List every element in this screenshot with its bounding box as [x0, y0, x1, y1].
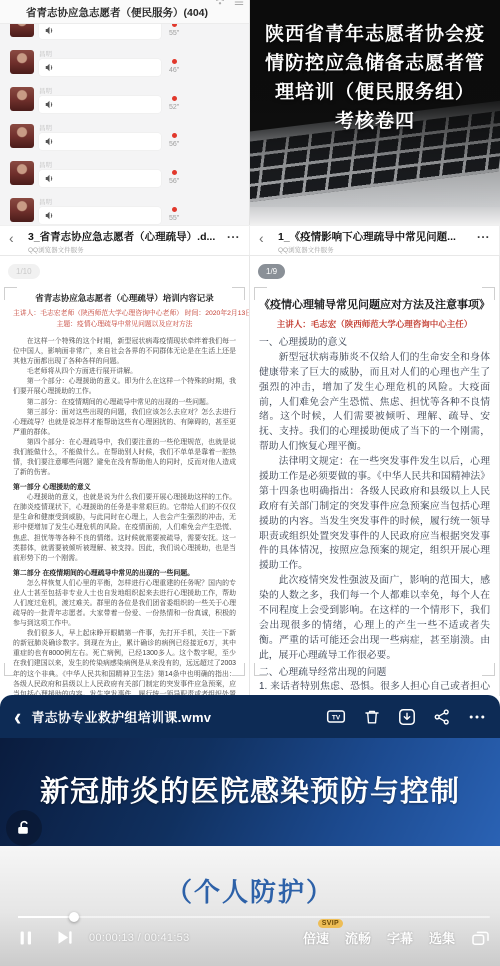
avatar[interactable]: [10, 24, 34, 37]
doc-paragraph: 第一个部分：心理援助的意义。即为什么在这样一个特殊的时期，我们要开展心理援助的工…: [13, 377, 236, 397]
doc-paragraph: 在这样一个特殊的这个时期，新型冠状病毒疫情现状牵绊着我们每一位中国人，影响面非常…: [13, 337, 236, 367]
document-preview-row: 1/10 省青志协应急志愿者（心理疏导）培训内容记录 主讲人：毛志宏老师（陕西师…: [0, 255, 500, 695]
avatar[interactable]: [10, 50, 34, 74]
chat-message-list: 昌明 55" 昌明: [0, 24, 249, 225]
page-corner-mark: [4, 287, 17, 300]
unread-dot: [172, 170, 177, 175]
voice-message-bubble[interactable]: [39, 133, 161, 150]
chat-header: 省青志协应急志愿者（便民服务）(404): [0, 0, 249, 24]
speaker-wave-icon: [45, 26, 54, 35]
voice-message-bubble[interactable]: [39, 24, 161, 39]
cover-title-line: 考核卷四: [250, 107, 500, 136]
episodes-panel-icon[interactable]: [471, 929, 490, 947]
download-icon[interactable]: [398, 708, 416, 726]
doc-section-heading: 二、心理疏导经常出现的问题: [259, 666, 490, 681]
tv-cast-icon[interactable]: TV: [326, 708, 346, 726]
unread-dot: [172, 96, 177, 101]
voice-message-bubble[interactable]: [39, 96, 161, 113]
progress-bar[interactable]: [18, 916, 490, 918]
quality-button[interactable]: 流畅: [345, 928, 371, 947]
page-corner-mark: [232, 663, 245, 676]
trash-icon[interactable]: [363, 708, 381, 726]
voice-message-bubble[interactable]: [39, 59, 161, 76]
file-title: 3_省青志协应急志愿者（心理疏导）.d...: [28, 229, 223, 244]
chat-group-title: 省青志协应急志愿者（便民服务）(404): [26, 5, 208, 20]
doc-body: 一、心理援助的意义 新型冠状病毒肺炎不仅给人们的生命安全和身体健康带来了巨大的威…: [259, 336, 490, 696]
doc-preview-right[interactable]: 1/9 《疫情心理辅导常见问题应对方法及注意事项》 主讲人：毛志宏（陕西师范大学…: [250, 256, 500, 696]
doc-section-heading: 第二部分 在疫情期间的心理疏导中常见的出现的一些问题。: [13, 569, 236, 579]
episodes-button[interactable]: 选集: [429, 928, 455, 947]
avatar[interactable]: [10, 124, 34, 148]
speaker-wave-icon: [45, 137, 54, 146]
sender-name: 昌明: [39, 87, 161, 96]
voice-message-row: 昌明 56": [10, 124, 241, 150]
doc-paragraph: 此次疫情突发性强波及面广，影响的范围大，感染的人数之多，我们每一个人都难以幸免，…: [259, 574, 490, 663]
progress-played: [18, 916, 74, 918]
speaker-wave-icon: [45, 211, 54, 220]
slide-header-band: 新冠肺炎的医院感染预防与控制: [0, 738, 500, 846]
page-number-badge: 1/10: [8, 264, 40, 279]
more-icon[interactable]: ...: [477, 227, 490, 241]
voice-duration: 56": [169, 141, 179, 148]
doc-paragraph: 心理援助的意义，也就是说为什么我们要开展心理援助这样的工作。在肺炎疫情现状下，心…: [13, 493, 236, 564]
doc-section-heading: 第一部分 心理援助的意义: [13, 483, 236, 493]
pause-button[interactable]: [18, 930, 34, 946]
page-corner-mark: [232, 287, 245, 300]
unread-dot: [172, 59, 177, 64]
back-chevron-icon[interactable]: ‹: [14, 705, 21, 728]
back-chevron-icon[interactable]: ‹: [259, 231, 264, 245]
doc-paragraph: 第四个部分：在心理疏导中，我们要注意的一些伦理规范，也就是说我们能做什么，不能做…: [13, 438, 236, 478]
cover-title-line: 理培训（便民服务组）: [250, 78, 500, 107]
voice-duration: 46": [169, 67, 179, 74]
file-title: 1_《疫情影响下心理疏导中常见问题...: [278, 229, 473, 244]
doc-preview-left[interactable]: 1/10 省青志协应急志愿者（心理疏导）培训内容记录 主讲人：毛志宏老师（陕西师…: [0, 256, 250, 696]
file-source-label: QQ浏览器文件服务: [278, 245, 473, 254]
avatar[interactable]: [10, 87, 34, 111]
voice-message-row: 昌明 52": [10, 87, 241, 113]
voice-duration: 56": [169, 178, 179, 185]
file-caption-row: ‹ 3_省青志协应急志愿者（心理疏导）.d... ... QQ浏览器文件服务 ‹…: [0, 225, 500, 255]
slide-subtitle: （个人防护）: [0, 846, 500, 909]
doc-paragraph: 法律明文规定：在一些突发事件发生以后，心理援助工作是必须要做的事。《中华人民共和…: [259, 455, 490, 574]
video-player: ‹ 青志协专业救护组培训课.wmv TV: [0, 695, 500, 966]
doc-speaker-line: 主讲人：毛志宏（陕西师范大学心理咨询中心主任）: [259, 318, 490, 330]
player-menu: 倍速 SVIP 流畅 字幕 选集: [303, 928, 490, 947]
doc-topic-line: 主题：疫情心理疏导中常见问题以及应对方法: [13, 320, 236, 331]
voice-message-row: 昌明 46": [10, 50, 241, 76]
video-topbar: ‹ 青志协专业救护组培训课.wmv TV: [0, 695, 500, 738]
voice-message-row: 昌明 55": [10, 24, 241, 39]
page-corner-mark: [254, 287, 267, 300]
next-episode-button[interactable]: [56, 929, 73, 946]
voice-duration: 52": [169, 104, 179, 111]
page-corner-mark: [254, 663, 267, 676]
playback-speed-button[interactable]: 倍速: [303, 931, 329, 946]
page-number-badge: 1/9: [258, 264, 285, 279]
doc-speaker-line: 主讲人：毛志宏老师（陕西师范大学心理咨询中心老师） 时间：2020年2月13日: [13, 309, 236, 320]
voice-duration: 55": [169, 215, 179, 222]
video-title: 青志协专业救护组培训课.wmv: [31, 707, 326, 726]
speaker-wave-icon: [45, 63, 54, 72]
page-corner-mark: [4, 663, 17, 676]
video-content[interactable]: 新冠肺炎的医院感染预防与控制 （个人防护）: [0, 738, 500, 966]
share-icon[interactable]: [433, 708, 451, 726]
sender-name: 昌明: [39, 124, 161, 133]
unread-dot: [172, 133, 177, 138]
progress-handle[interactable]: [69, 912, 79, 922]
back-chevron-icon[interactable]: ‹: [9, 231, 14, 245]
doc-paragraph: 我们很多人，早上起床睁开眼睛第一件事，先打开手机，关注一下新的新冠肺炎确诊数字。…: [13, 629, 236, 696]
doc-section-heading: 一、心理援助的意义: [259, 336, 490, 351]
sender-name: 昌明: [39, 161, 161, 170]
chat-panel: 省青志协应急志愿者（便民服务）(404) 昌明: [0, 0, 250, 225]
doc-paragraph: 新型冠状病毒肺炎不仅给人们的生命安全和身体健康带来了巨大的威胁，而且对人们的心理…: [259, 351, 490, 455]
voice-message-row: 昌明 55": [10, 198, 241, 224]
svip-badge: SVIP: [318, 919, 343, 928]
screen-lock-button[interactable]: [6, 810, 42, 846]
svg-text:TV: TV: [332, 714, 341, 721]
doc-title: 省青志协应急志愿者（心理疏导）培训内容记录: [13, 292, 236, 304]
screen: 省青志协应急志愿者（便民服务）(404) 昌明: [0, 0, 500, 966]
voice-message-row: 昌明 56": [10, 161, 241, 187]
time-display: 00:00:13 / 00:41:53: [89, 932, 190, 944]
avatar[interactable]: [10, 161, 34, 185]
voice-duration: 55": [169, 30, 179, 37]
exam-cover-image[interactable]: 陕西省青年志愿者协会疫 情防控应急储备志愿者管 理培训（便民服务组） 考核卷四: [250, 0, 500, 225]
doc-paragraph: 第三部分：面对这些出现的问题，我们应该怎么去应对？怎么去进行心理疏导？也就是说怎…: [13, 408, 236, 438]
video-toolbar: TV: [326, 708, 486, 726]
top-row: 省青志协应急志愿者（便民服务）(404) 昌明: [0, 0, 500, 225]
voice-message-bubble[interactable]: [39, 207, 161, 224]
player-controls: 00:00:13 / 00:41:53 倍速 SVIP 流畅 字幕 选集: [0, 907, 500, 961]
more-icon[interactable]: ...: [227, 227, 240, 241]
file-source-label: QQ浏览器文件服务: [28, 245, 223, 254]
cover-title-line: 陕西省青年志愿者协会疫: [250, 20, 500, 49]
doc-title: 《疫情心理辅导常见问题应对方法及注意事项》: [259, 296, 490, 312]
unlock-icon: [15, 819, 33, 837]
unread-dot: [172, 207, 177, 212]
doc-paragraph: 怎么样恢复人们心里的平衡，怎样进行心理重建的任务呢？国内的专业人士甚至包括非专业…: [13, 579, 236, 629]
speaker-wave-icon: [45, 174, 54, 183]
voice-message-bubble[interactable]: [39, 170, 161, 187]
doc-list-item: 1. 来话者特别焦虑、恐惧。很多人担心自己或者担心自己身边的亲人是不是感染了病毒…: [259, 680, 490, 696]
doc-body: 在这样一个特殊的这个时期，新型冠状病毒疫情现状牵绊着我们每一位中国人，影响面非常…: [13, 337, 236, 696]
unread-dot: [172, 24, 177, 27]
menu-icon[interactable]: [234, 0, 244, 7]
cover-title-line: 情防控应急储备志愿者管: [250, 49, 500, 78]
slide-title: 新冠肺炎的医院感染预防与控制: [0, 769, 500, 810]
file-bar-left: ‹ 3_省青志协应急志愿者（心理疏导）.d... ... QQ浏览器文件服务: [0, 226, 250, 255]
page-corner-mark: [482, 287, 495, 300]
avatar[interactable]: [10, 198, 34, 222]
speaker-wave-icon: [45, 100, 54, 109]
file-bar-right: ‹ 1_《疫情影响下心理疏导中常见问题... ... QQ浏览器文件服务: [250, 226, 500, 255]
phone-icon[interactable]: [215, 0, 225, 7]
sender-name: 昌明: [39, 198, 161, 207]
chat-header-icons: [215, 0, 244, 7]
cover-title: 陕西省青年志愿者协会疫 情防控应急储备志愿者管 理培训（便民服务组） 考核卷四: [250, 20, 500, 136]
doc-paragraph: 第二部分：在疫情期间的心理疏导中常见的出现的一些问题。: [13, 398, 236, 408]
subtitles-button[interactable]: 字幕: [387, 928, 413, 947]
page-corner-mark: [482, 663, 495, 676]
doc-paragraph: 毛老师将从四个方面进行展开讲解。: [13, 367, 236, 377]
more-icon[interactable]: [468, 708, 486, 726]
cover-bottom-strip: [250, 207, 500, 225]
sender-name: 昌明: [39, 50, 161, 59]
